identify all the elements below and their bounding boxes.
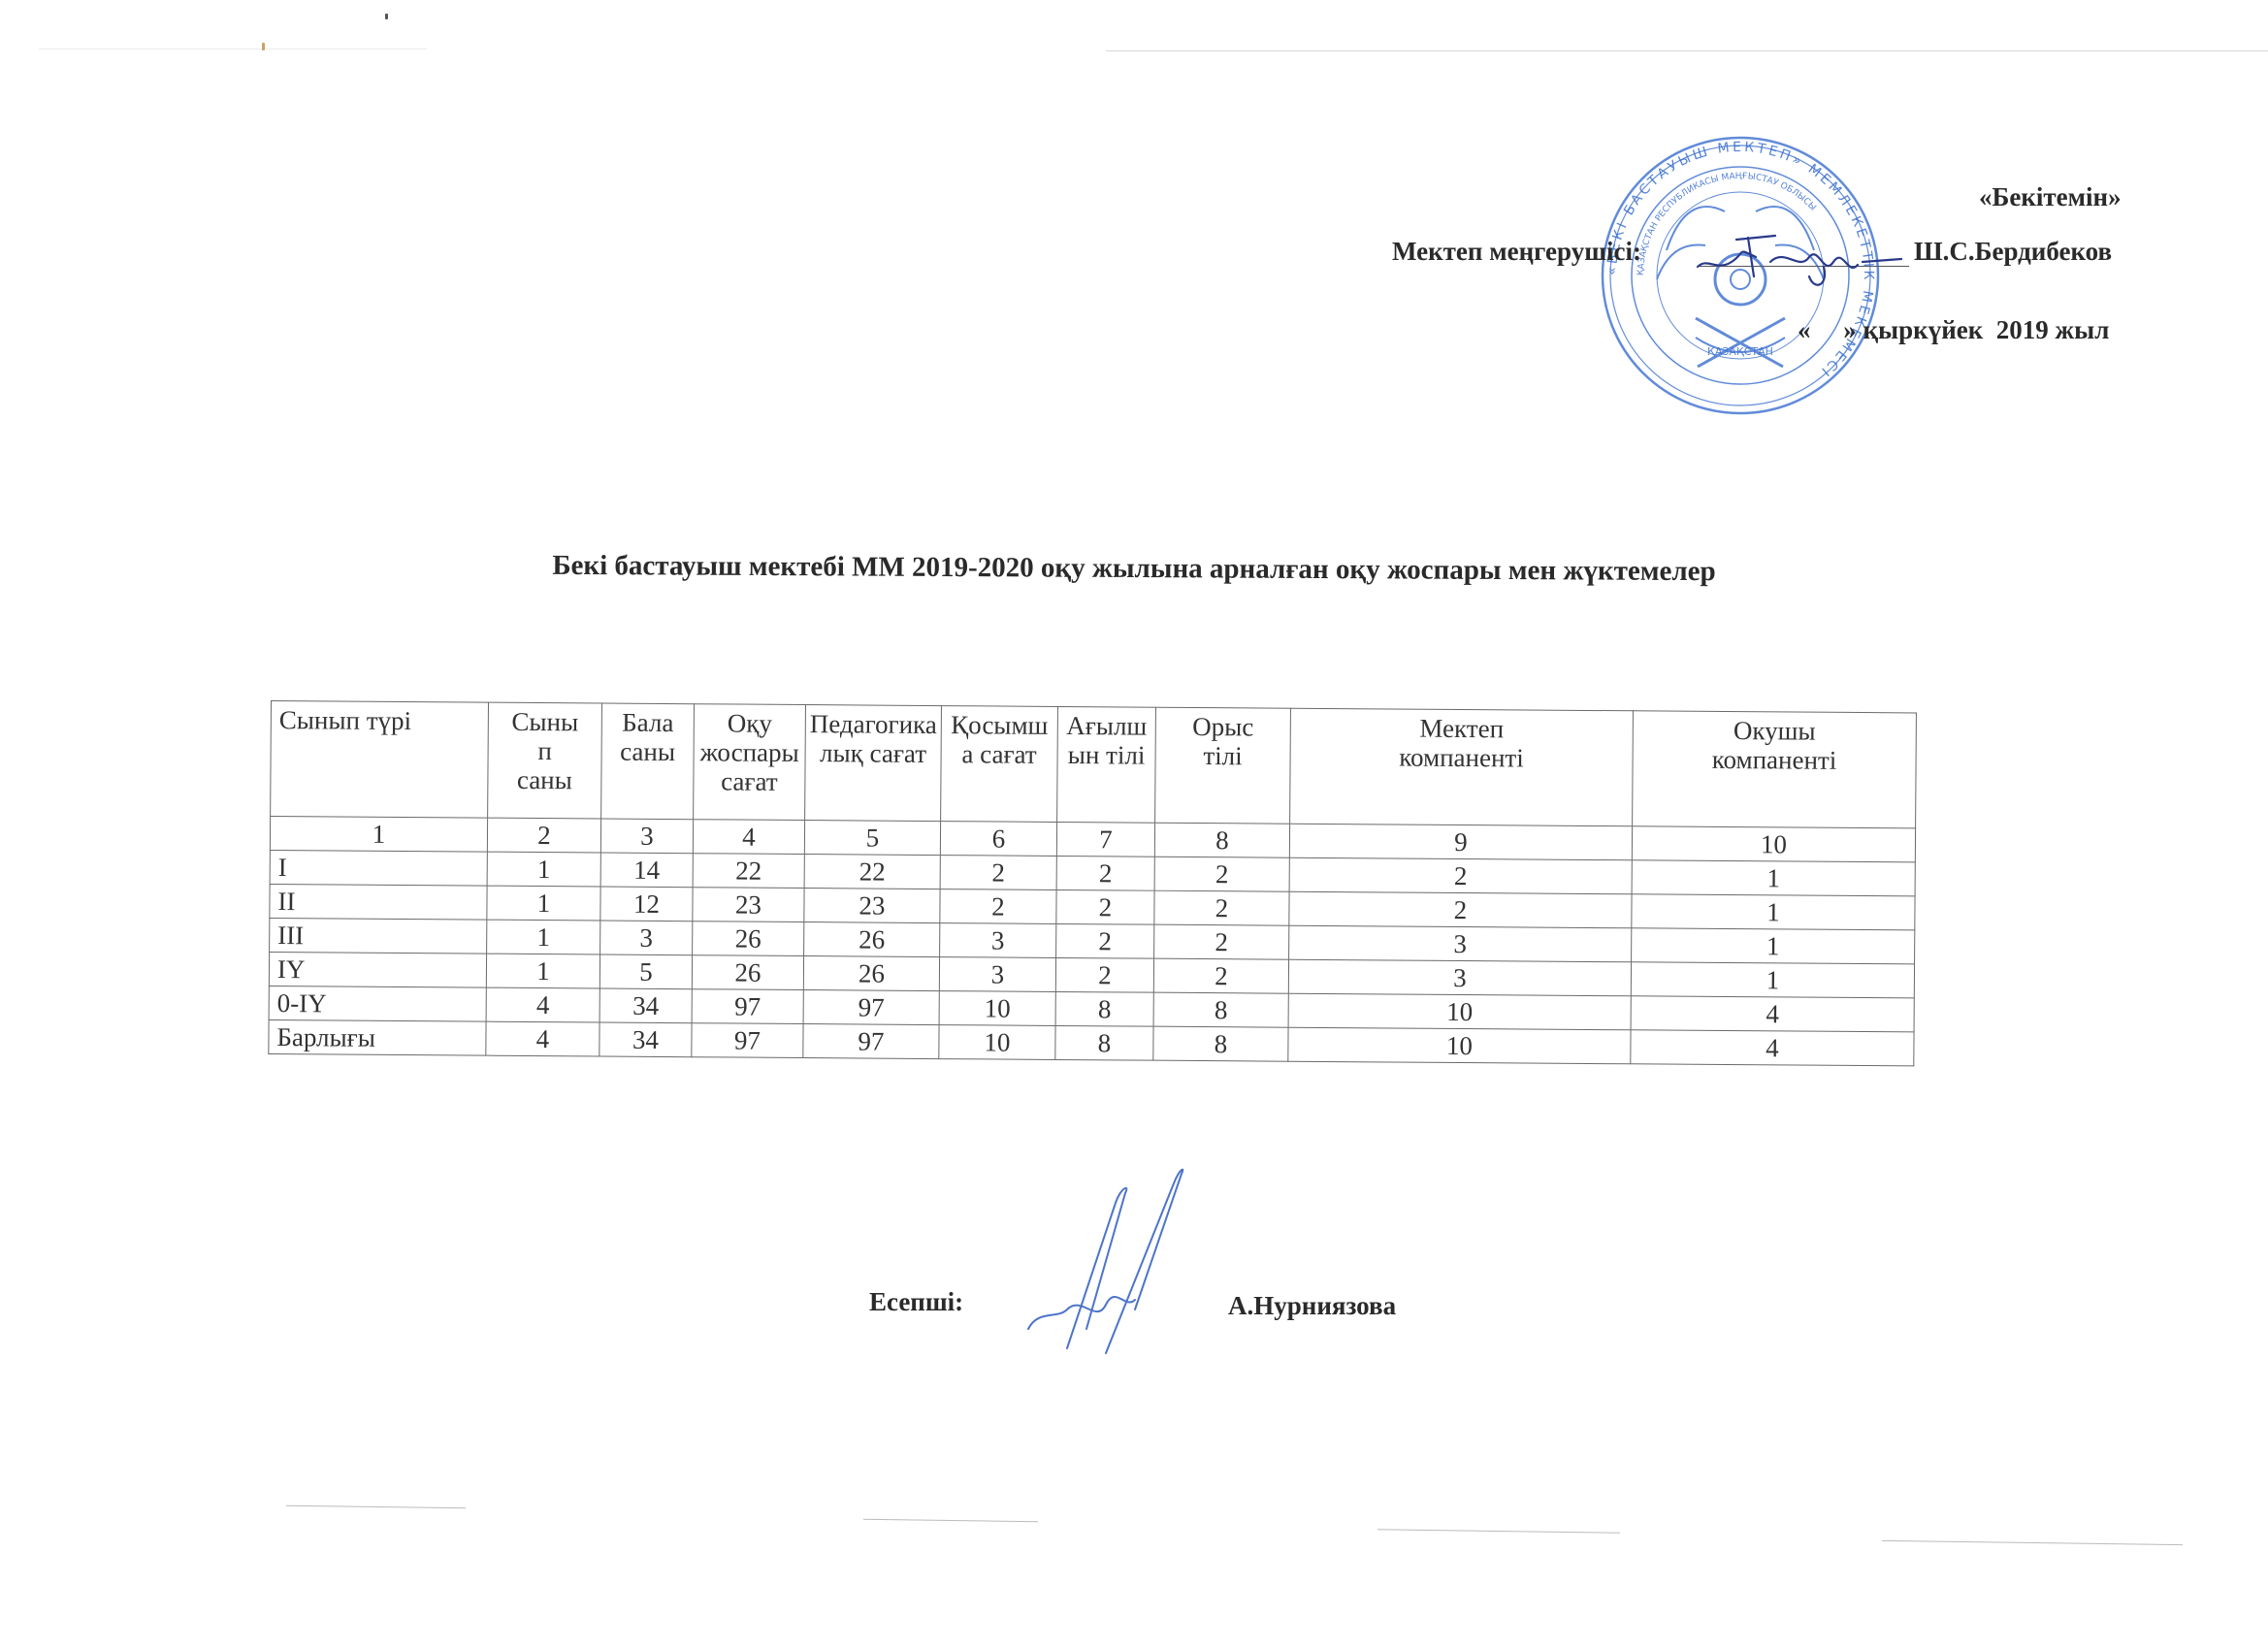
table-cell: 3 [939,957,1055,992]
table-cell: 2 [1055,957,1153,992]
table-cell: 10 [1288,993,1631,1030]
scan-artifact-line [39,48,427,49]
table-cell: 23 [693,888,804,922]
table-cell: 8 [1153,1026,1288,1061]
class-type-cell: IY [269,952,486,987]
table-cell: 1 [486,954,599,988]
table-cell: 14 [600,853,693,888]
table-cell: 26 [803,956,939,991]
column-number-cell: 6 [940,822,1056,857]
column-header-line: Сынып түрі [279,705,484,736]
table-cell: 4 [486,1021,599,1056]
table-cell: 2 [1154,924,1289,959]
table-cell: 8 [1055,991,1153,1026]
column-header-line: п [493,736,598,766]
table-cell: 1 [487,886,600,921]
head-name: Ш.С.Бердибеков [1914,237,2112,267]
scan-artifact-line [1377,1529,1620,1533]
column-header-line: Мектеп [1295,713,1629,745]
class-type-cell: III [270,918,487,954]
svg-text:ҚАЗАҚСТАН: ҚАЗАҚСТАН [1707,345,1773,358]
table-cell: 2 [940,889,1056,924]
column-number-cell: 7 [1056,822,1154,857]
column-header-line: а сағат [945,739,1053,769]
column-header-line: Бала [606,708,690,738]
table-cell: 26 [692,955,803,990]
accountant-label: Есепші: [869,1287,963,1317]
column-header-line: Сыны [493,707,598,737]
table-cell: 12 [600,887,693,921]
column-number-cell: 1 [270,817,487,853]
column-header-line: Окушы [1637,715,1912,746]
table-cell: 2 [1056,856,1154,890]
table-cell: 26 [804,922,940,957]
table-cell: 1 [487,920,600,954]
column-header: Сыныпсаны [488,702,602,819]
table-cell: 97 [803,990,939,1025]
column-number-cell: 4 [693,820,804,855]
table-cell: 23 [804,889,940,923]
table-cell: 26 [693,921,804,956]
table-cell: 1 [487,852,600,887]
table-cell: 34 [599,1022,692,1057]
column-header: Ағылшын тілі [1057,706,1156,823]
scan-artifact-line [1882,1540,2183,1545]
table-cell: 10 [939,991,1055,1026]
table-cell: 1 [1632,860,1915,896]
table-cell: 22 [693,854,804,889]
table-cell: 1 [1632,928,1915,964]
table-cell: 22 [804,855,940,889]
class-type-cell: I [270,850,487,886]
column-header: Оқужоспарысағат [694,704,806,821]
table-cell: 8 [1153,992,1288,1027]
column-header: Педагогикалық сағат [805,705,942,822]
column-header: Орыстілі [1155,707,1291,824]
table-header-row: Сынып түріСыныпсаныБаласаныОқужоспарысағ… [271,701,1917,828]
column-number-cell: 2 [487,818,600,853]
column-header: Баласаны [601,703,695,820]
column-header-line: сағат [697,766,800,796]
class-type-cell: Барлығы [269,1019,486,1055]
scan-artifact-dot [385,14,388,19]
column-number-cell: 10 [1632,826,1915,862]
accountant-name: А.Нурниязова [1228,1291,1396,1321]
table-cell: 3 [1289,925,1632,962]
scan-artifact-line [286,1505,466,1509]
column-header-line: Педагогика [810,709,937,739]
column-header-line: компаненті [1636,744,1911,775]
column-header-line: жоспары [698,737,801,767]
class-type-cell: II [270,884,487,920]
table-cell: 8 [1055,1025,1153,1060]
table-cell: 3 [600,921,693,955]
column-number-cell: 8 [1154,823,1289,857]
head-label: Мектеп меңгерушісі: [1392,237,1641,267]
table-cell: 3 [1288,959,1631,996]
approval-date: « » қыркүйек 2019 жыл [1798,315,2109,345]
table-cell: 2 [1056,889,1154,924]
column-header-line: Ағылш [1062,711,1151,741]
table-cell: 1 [1632,894,1915,930]
column-header-line: тілі [1159,741,1285,771]
approval-title: «Бекітемін» [1979,182,2122,212]
curriculum-table-container: Сынып түріСыныпсаныБаласаныОқужоспарысағ… [268,700,1917,1066]
table-cell: 2 [1154,890,1289,925]
table-cell: 2 [940,856,1056,890]
curriculum-table: Сынып түріСыныпсаныБаласаныОқужоспарысағ… [268,700,1917,1066]
scan-artifact-dot [262,43,265,50]
column-number-cell: 5 [804,821,940,856]
table-cell: 3 [940,923,1056,958]
scan-artifact-line [1106,50,2268,51]
table-cell: 4 [1631,996,1914,1032]
table-cell: 10 [1288,1027,1631,1064]
table-cell: 2 [1289,857,1632,894]
column-header-line: ын тілі [1061,740,1150,770]
column-header-line: Қосымш [946,710,1053,740]
column-header: Окушыкомпаненті [1633,711,1917,828]
head-signature-icon [1678,218,1911,296]
column-header-line: Оқу [698,708,801,738]
scan-artifact-line [863,1519,1038,1523]
table-cell: 5 [599,954,692,989]
table-cell: 97 [692,1023,803,1058]
table-cell: 2 [1154,857,1289,891]
table-cell: 2 [1056,923,1154,958]
accountant-signature-icon [1009,1164,1213,1358]
class-type-cell: 0-IY [269,986,486,1021]
column-header-line: саны [492,765,597,795]
column-header: Мектепкомпаненті [1290,708,1634,826]
table-cell: 34 [599,988,692,1023]
column-header-line: лық сағат [810,738,937,768]
column-header: Қосымша сағат [941,706,1058,823]
column-header-line: саны [606,737,690,767]
column-header: Сынып түрі [271,701,489,819]
table-cell: 4 [1631,1030,1914,1066]
table-cell: 10 [939,1025,1055,1060]
table-cell: 97 [803,1024,939,1059]
document-title: Бекі бастауыш мектебі ММ 2019-2020 оқу ж… [0,547,2268,591]
table-cell: 97 [692,989,803,1024]
table-cell: 4 [486,987,599,1022]
column-header-line: Орыс [1160,712,1286,742]
column-header-line: компаненті [1294,742,1628,774]
column-number-cell: 3 [600,819,693,854]
table-cell: 2 [1289,891,1632,928]
table-cell: 1 [1631,962,1914,998]
column-number-cell: 9 [1289,824,1632,860]
table-cell: 2 [1153,958,1288,993]
